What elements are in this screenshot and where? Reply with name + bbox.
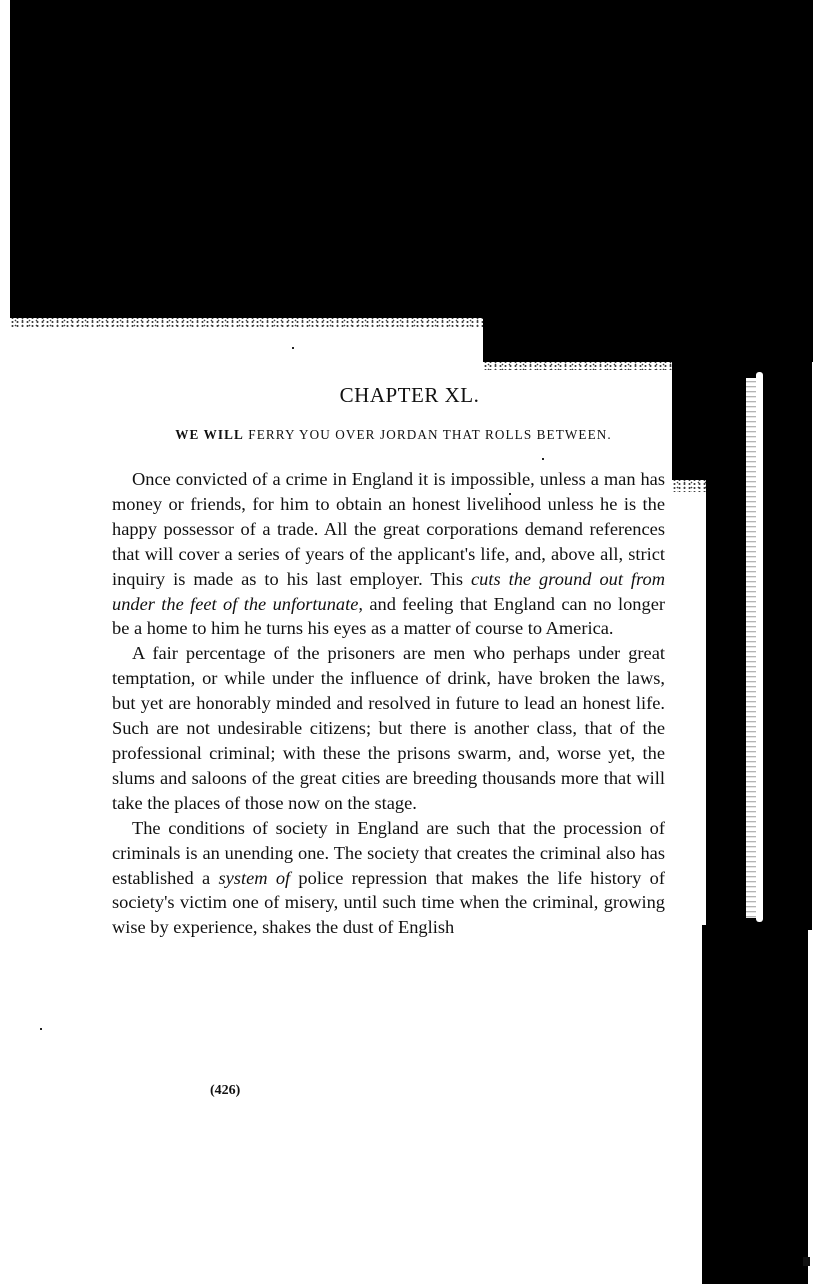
scan-streak-core <box>756 372 763 922</box>
chapter-subtitle-bold: WE WILL <box>175 427 244 442</box>
scan-occlusion-right-lower <box>702 925 808 1284</box>
paragraph-text-italic: system of <box>218 868 290 888</box>
paragraph-text: A fair percentage of the prisoners are m… <box>112 643 665 812</box>
body-text: Once convicted of a crime in England it … <box>112 467 665 940</box>
page-text-block: CHAPTER XL. WE WILL FERRY YOU OVER JORDA… <box>112 380 665 940</box>
scanned-page: CHAPTER XL. WE WILL FERRY YOU OVER JORDA… <box>0 0 826 1284</box>
scan-streak-artifact <box>746 378 756 918</box>
scan-corner-mark <box>803 1257 810 1266</box>
scan-noise-edge-top <box>10 316 483 328</box>
chapter-subtitle-rest: FERRY YOU OVER JORDAN THAT ROLLS BETWEEN… <box>244 427 612 442</box>
scan-occlusion-top <box>10 0 813 318</box>
chapter-title: CHAPTER XL. <box>154 380 665 410</box>
paragraph-2: A fair percentage of the prisoners are m… <box>112 641 665 815</box>
scan-occlusion-right-upper <box>672 340 812 480</box>
page-number: (426) <box>210 1083 240 1099</box>
scan-noise-edge-right <box>672 478 708 492</box>
scan-noise-edge-step <box>483 360 675 370</box>
scan-speck <box>40 1028 42 1030</box>
scan-speck <box>292 347 294 349</box>
paragraph-1: Once convicted of a crime in England it … <box>112 467 665 641</box>
paragraph-3: The conditions of society in England are… <box>112 816 665 941</box>
chapter-subtitle: WE WILL FERRY YOU OVER JORDAN THAT ROLLS… <box>122 427 665 443</box>
